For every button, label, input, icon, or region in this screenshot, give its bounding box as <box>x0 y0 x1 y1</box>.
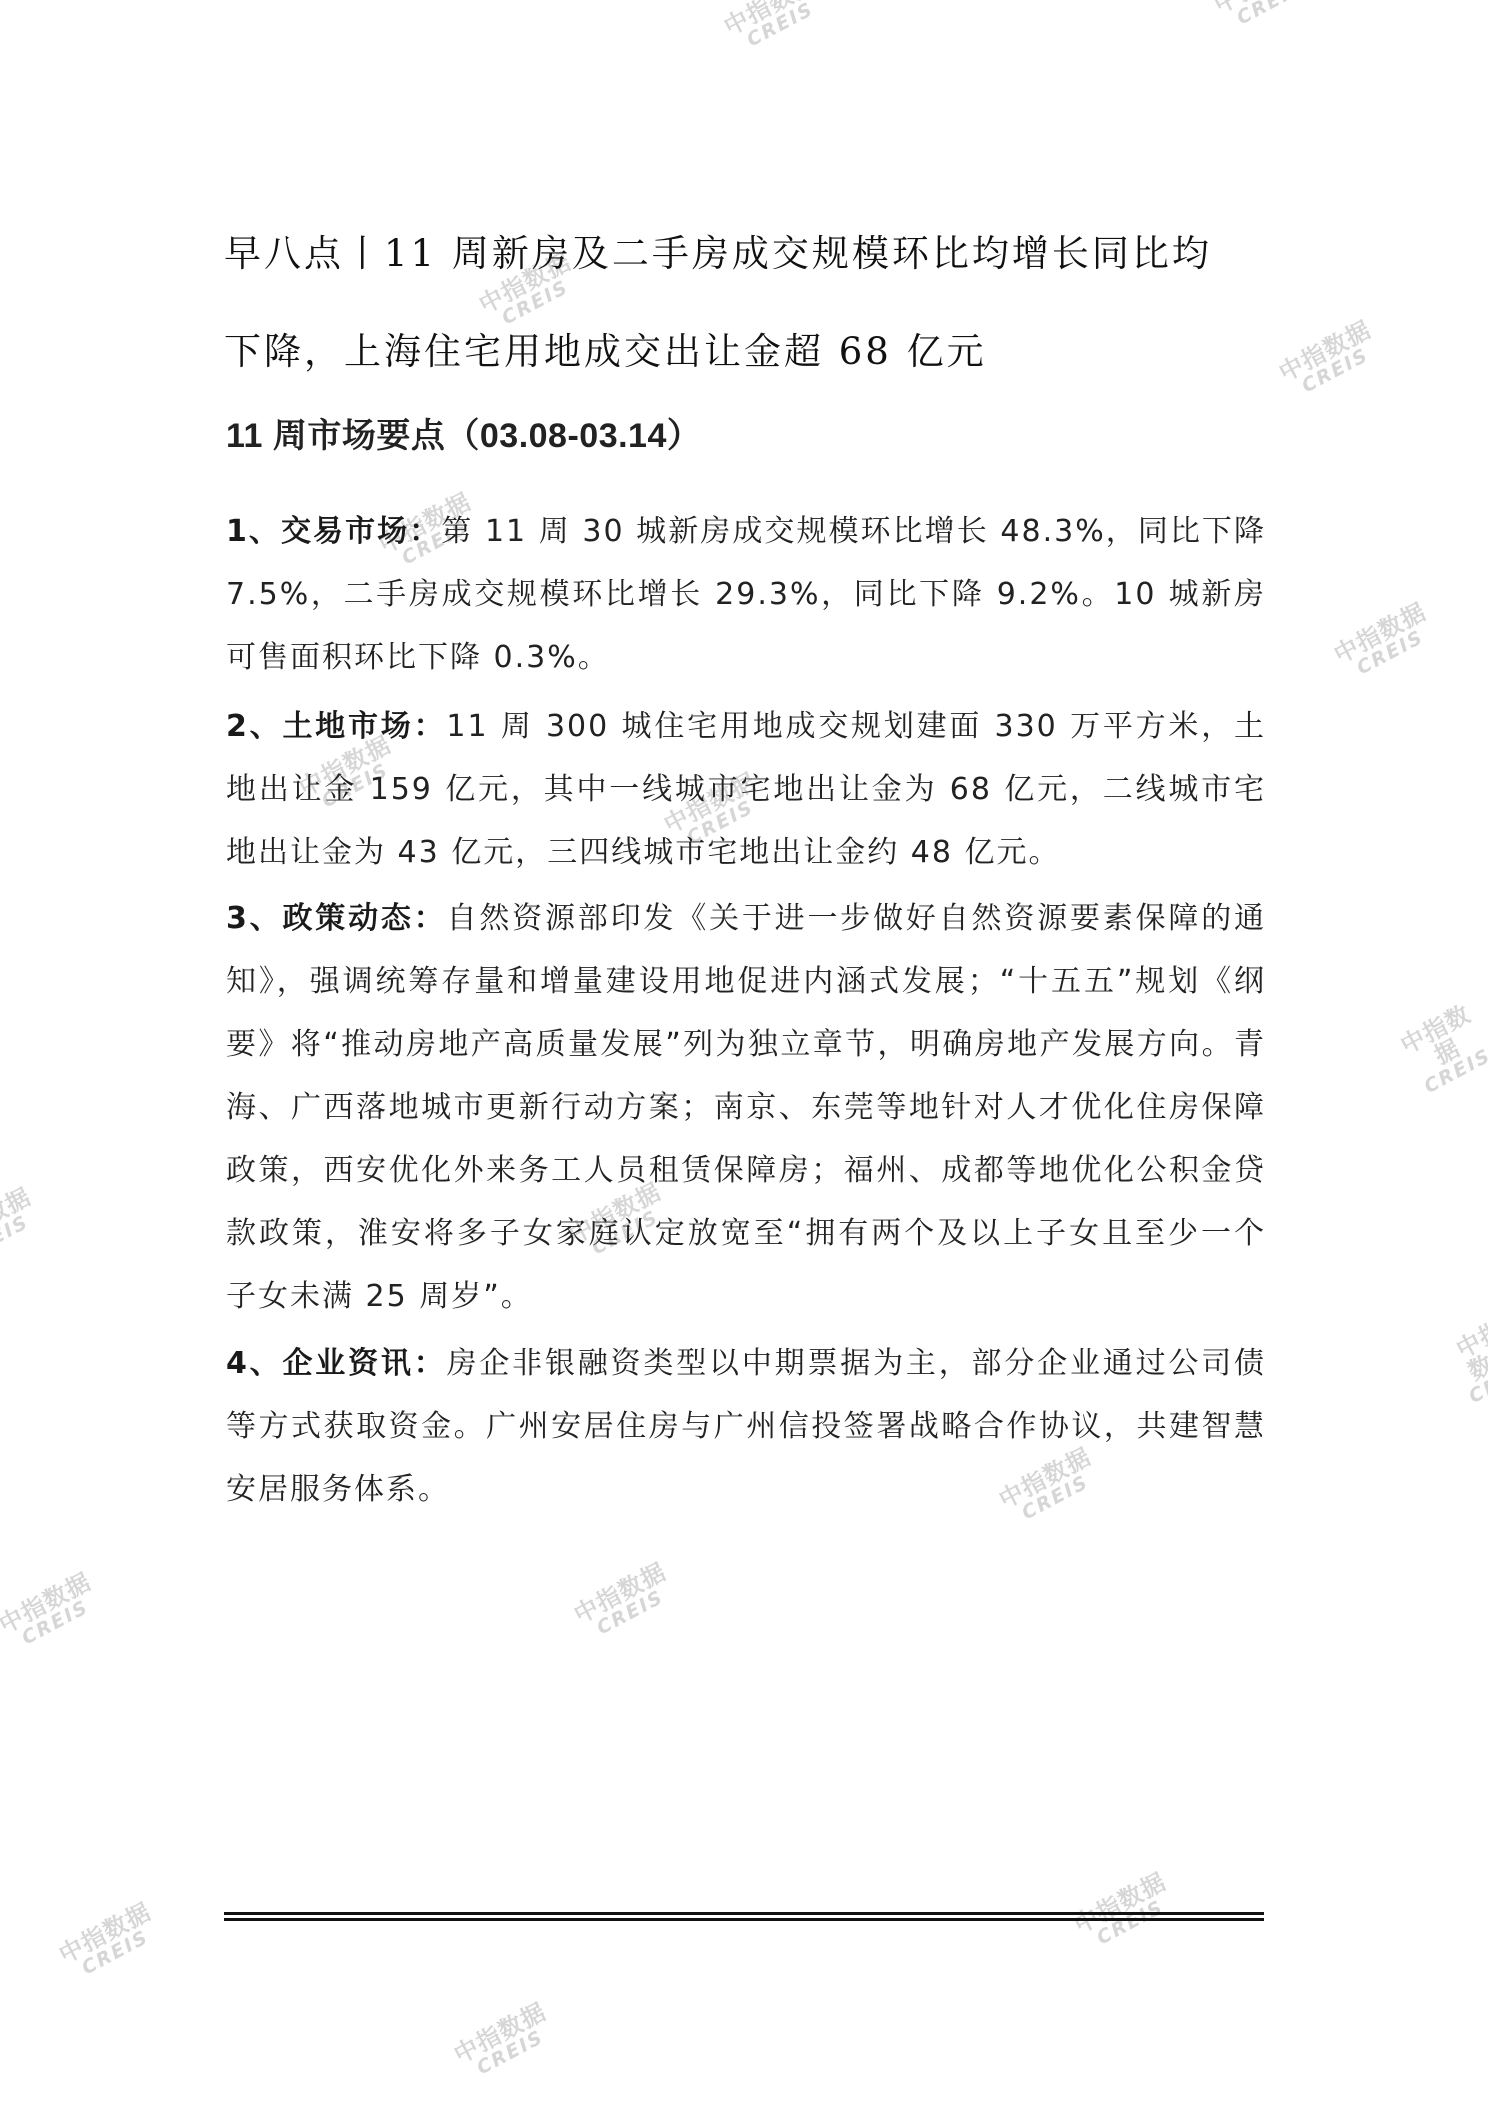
section-label: 1、交易市场： <box>226 514 441 549</box>
section-heading: 11 周市场要点（03.08-03.14） <box>226 408 701 457</box>
watermark: 中指数据CREIS <box>1443 1312 1488 1408</box>
section-enterprise-news: 4、企业资讯：房企非银融资类型以中期票据为主，部分企业通过公司债等方式获取资金。… <box>226 1332 1266 1521</box>
title-line-2: 下降，上海住宅用地成交出让金超 68 亿元 <box>224 303 1264 401</box>
watermark: 中指数据CREIS <box>1275 317 1384 404</box>
document-page: 中指数据CREIS 中指数据CREIS 中指数据CREIS 中指数据CREIS … <box>0 0 1488 2104</box>
watermark: 中指数据CREIS <box>720 0 829 58</box>
watermark: 中指数据CREIS <box>570 1559 679 1646</box>
document-title: 早八点丨11 周新房及二手房成交规模环比均增长同比均 下降，上海住宅用地成交出让… <box>224 205 1264 401</box>
title-line-1: 早八点丨11 周新房及二手房成交规模环比均增长同比均 <box>224 205 1264 303</box>
watermark: 中指数据CREIS <box>55 1899 164 1986</box>
section-label: 2、土地市场： <box>226 709 446 744</box>
watermark: 中指数据CREIS <box>0 1569 105 1656</box>
watermark: 中指数据CREIS <box>450 1999 559 2086</box>
watermark: 中指数据CREIS <box>0 1184 45 1271</box>
section-label: 3、政策动态： <box>226 901 447 936</box>
section-label: 4、企业资讯： <box>226 1346 447 1381</box>
watermark: 中指数据CREIS <box>1393 1000 1488 1101</box>
section-text: 自然资源部印发《关于进一步做好自然资源要素保障的通知》，强调统筹存量和增量建设用… <box>226 901 1266 1314</box>
divider-line-bottom <box>224 1918 1264 1921</box>
divider-line-top <box>224 1912 1264 1915</box>
section-policy-news: 3、政策动态：自然资源部印发《关于进一步做好自然资源要素保障的通知》，强调统筹存… <box>226 887 1266 1328</box>
section-transaction-market: 1、交易市场：第 11 周 30 城新房成交规模环比增长 48.3%，同比下降 … <box>226 500 1266 689</box>
footer-divider <box>224 1912 1264 1921</box>
watermark: 中指数据CREIS <box>1210 0 1319 36</box>
watermark: 中指数据CREIS <box>1330 599 1439 686</box>
section-land-market: 2、土地市场：11 周 300 城住宅用地成交规划建面 330 万平方米，土地出… <box>226 695 1266 884</box>
